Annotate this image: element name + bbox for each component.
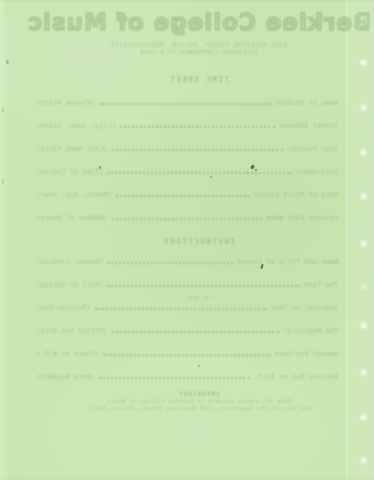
form-line: The Registrar (Office Use Only) (36, 325, 338, 335)
footer-fine-print-line1: Make all checks payable to Berklee Colle… (12, 399, 374, 405)
form-line-note: (Number of Hours) (36, 214, 108, 222)
form-line: Name of Student (Please Print) (36, 97, 338, 107)
dotted-leader (99, 103, 271, 105)
form-line-note: (Fall or Spring) (36, 281, 103, 289)
footer-heading: IMPORTANT (12, 391, 374, 398)
form-line-label: Lessons Each Week (266, 214, 338, 222)
form-line-label: Balance Due on Acct. (254, 373, 338, 381)
form-line-label: Your Teacher (287, 145, 338, 153)
section1-heading: TIME SHEET (12, 75, 374, 84)
dotted-leader (107, 262, 232, 264)
form-line-note: (Tuition Fee) (36, 304, 91, 312)
dotted-leader (112, 149, 284, 151)
form-line-label: Semester or Year (271, 304, 338, 312)
dotted-leader (103, 354, 271, 356)
form-line-label: The Registrar (283, 327, 338, 335)
ink-speck (247, 172, 248, 173)
ink-speck (198, 365, 200, 367)
letterhead-title: Berklee College of Music (12, 10, 374, 36)
form-line: Date of First Lesson (Month, Day, Year) (36, 189, 338, 199)
dotted-leader (116, 195, 250, 197)
letterhead-phone-line: TELEPHONE COMMONWEALTH 6-1400 (12, 49, 374, 56)
form-section-1: Name of Student (Please Print) Street Ad… (0, 97, 374, 235)
dotted-leader (112, 331, 280, 333)
form-line: The Term (Fall or Spring) (36, 279, 338, 289)
form-line-label: Amount Enclosed (275, 350, 338, 358)
dotted-leader (112, 218, 263, 220)
ink-speck (210, 176, 212, 178)
form-line-label: Date of First Lesson (254, 191, 338, 199)
form-line-label: Name of Student (275, 99, 338, 107)
form-line: Street Address (City, Zone, State) (36, 120, 338, 130)
form-line-label: Street Address (279, 122, 338, 130)
form-line-label: The Term (304, 281, 338, 289)
bleed-through-layer: Berklee College of Music 1140 BOYLSTON S… (0, 0, 374, 480)
form-line-label: Name and Title of Course (237, 258, 338, 266)
form-line-note: (Check or M.O.) (36, 350, 99, 358)
form-line-label: Instrument (296, 168, 338, 176)
form-line: Amount Enclosed (Check or M.O.) (36, 348, 338, 358)
form-line-note: (Date Payable) (36, 373, 95, 381)
edge-mark (6, 60, 9, 64)
edge-mark (2, 107, 4, 113)
form-line: Instrument (Type of Course) (36, 166, 338, 176)
dotted-leader (107, 285, 300, 287)
dotted-leader (99, 377, 250, 379)
form-line: Your Teacher (Last Name First) (36, 143, 338, 153)
form-line-note: (Last Name First) (36, 145, 108, 153)
form-line: Name and Title of Course (Hours, Credits… (36, 256, 338, 266)
dotted-leader (107, 172, 291, 174)
dotted-leader (120, 126, 275, 128)
section2-heading: INSTRUCTIONS (12, 237, 374, 246)
form-line: Balance Due on Acct. (Date Payable) (36, 371, 338, 381)
form-line-note: (City, Zone, State) (36, 122, 116, 130)
edge-mark (7, 7, 9, 9)
form-line-note: (Please Print) (36, 99, 95, 107)
form-line-note: (Month, Day, Year) (36, 191, 112, 199)
edge-mark (2, 179, 4, 184)
form-line: Semester or Year (Tuition Fee) (36, 302, 338, 312)
ink-speck (255, 169, 257, 171)
footer-fine-print-line2: and mail to the Registrar, 1140 Boylston… (12, 406, 374, 412)
form-section-2: Name and Title of Course (Hours, Credits… (0, 256, 374, 394)
form-line-note: (Type of Course) (36, 168, 103, 176)
scanned-paper: Berklee College of Music 1140 BOYLSTON S… (0, 0, 374, 480)
dotted-leader (95, 308, 267, 310)
form-line-note: (Hours, Credits) (36, 258, 103, 266)
ink-speck (99, 166, 101, 169)
form-line-note: (Office Use Only) (36, 327, 108, 335)
letterhead-address-line: 1140 BOYLSTON STREET, BOSTON, MASSACHUSE… (12, 42, 374, 49)
form-line: Lessons Each Week (Number of Hours) (36, 212, 338, 222)
